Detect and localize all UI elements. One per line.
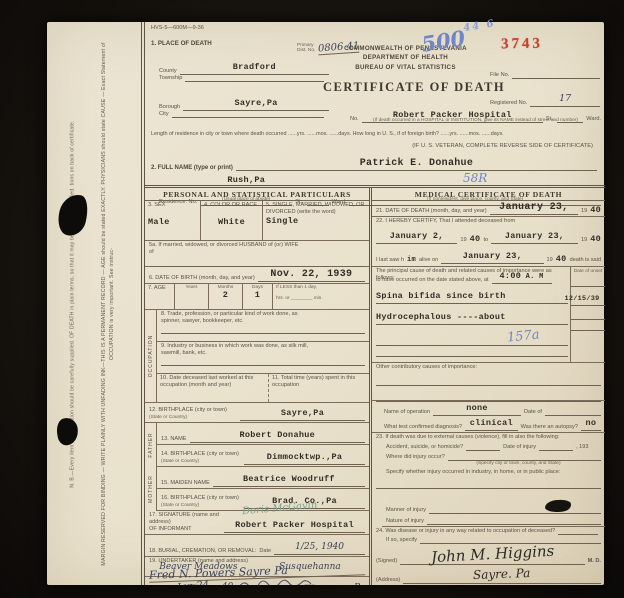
filed-row: 20. FILED Jan 24 1940 1-27-40	[145, 577, 369, 585]
registrar-signature-scrawl	[236, 578, 316, 585]
mother-name-value: Beatrice Woodruff	[243, 474, 335, 484]
dob-value: Nov. 22, 1939	[270, 269, 352, 280]
accident-label: Accident, suicide, or homicide?	[386, 444, 463, 451]
to-year-printed: 19	[581, 237, 587, 244]
occupation-side-label: OCCUPATION	[145, 310, 157, 402]
father-birthplace-label: 14. BIRTHPLACE (city or town)(State or C…	[161, 451, 241, 465]
test-row: What test confirmed diagnosis? clinical …	[372, 417, 605, 433]
signed-label: (Signed)	[376, 558, 397, 565]
injury-date-label: Date of injury	[503, 444, 536, 451]
form-body: PERSONAL AND STATISTICAL PARTICULARS 3. …	[145, 185, 605, 585]
external-label: 23. If death was due to external causes …	[376, 434, 601, 441]
trade-label: 8. Trade, profession, or particular kind…	[161, 311, 311, 325]
county-label: County	[159, 68, 177, 75]
physician-signature: John M. Higgins	[430, 542, 554, 566]
to-year-value: 40	[590, 234, 601, 244]
from-year-value: 40	[470, 234, 481, 244]
manner-label: Manner of injury	[386, 507, 426, 514]
stamp-number: 3743	[501, 36, 543, 54]
borough-value: Sayre,Pa	[234, 98, 277, 108]
father-birthplace-value: Dimmocktwp.,Pa	[267, 452, 343, 462]
dod-value: January 23,	[499, 202, 568, 213]
informant-typed: Robert Packer Hospital	[235, 520, 354, 530]
lastsaw-label-1: I last saw h	[376, 257, 404, 264]
cause-1: Spina bifida since birth	[376, 291, 506, 301]
contributory-block: Other contributory causes of importance:	[372, 363, 605, 401]
marital-label: 5. SINGLE, MARRIED, WIDOWED, OR DIVORCED…	[266, 202, 366, 216]
borough-label: Borough	[159, 104, 180, 111]
where-note: (Specify city or town, county, and State…	[436, 461, 601, 466]
specify-label: Specify whether injury occurred in indus…	[386, 469, 601, 476]
pencil-number: 50044 6	[419, 18, 498, 57]
manner-row: Manner of injury	[382, 503, 605, 515]
filed-year-value: 40	[222, 582, 233, 585]
occupation-relation-block: 24. Was disease or injury in any way rel…	[372, 527, 605, 585]
sex-race-marital-row: 3. SEX Male 4. COLOR OR RACE White 5. SI…	[145, 201, 369, 241]
sex-label: 3. SEX	[148, 202, 197, 209]
certify-label: 22. I HEREBY CERTIFY, That I attended de…	[376, 218, 601, 225]
operation-label: Name of operation	[384, 409, 430, 416]
industry-label: 9. Industry or business in which work wa…	[161, 343, 311, 357]
father-side-label: FATHER	[145, 423, 157, 467]
age-years-label: Years	[178, 285, 205, 290]
father-name-label: 13. NAME	[161, 436, 187, 443]
medical-column: MEDICAL CERTIFICATE OF DEATH 21. DATE OF…	[372, 188, 605, 585]
burial-date-value: 1/25, 1940	[295, 542, 344, 552]
father-name-value: Robert Donahue	[239, 430, 315, 440]
age-row: 7. AGE Years Months 2 Days 1 If LESS tha…	[145, 284, 369, 310]
from-year-printed: 19	[460, 237, 466, 244]
binding-margin: N. B.—Every item of information should b…	[47, 22, 144, 585]
ward-value: 58R	[463, 171, 487, 185]
cause-2: Hydrocephalous ----about	[376, 312, 506, 322]
hospital-note: (If death occurred in a HOSPITAL or INST…	[350, 118, 601, 123]
pencil-code: 157a	[507, 327, 541, 345]
certify-to-label: to	[483, 237, 488, 244]
dod-year-value: 40	[590, 205, 601, 215]
informant-label: 17. SIGNATURE (name and address)OF INFOR…	[149, 512, 221, 533]
scanned-death-certificate: N. B.—Every item of information should b…	[0, 0, 624, 598]
autopsy-value: no	[586, 418, 597, 428]
operation-date-label: Date of	[524, 409, 542, 416]
age-less-label: If LESS than 1 day,	[276, 285, 366, 290]
last-worked-label: 10. Date deceased last worked at this oc…	[160, 375, 265, 389]
address-label: (Address)	[376, 577, 400, 584]
autopsy-label: Was there an autopsy?	[521, 424, 578, 431]
death-said-label: death is said	[570, 257, 601, 264]
certify-from-value: January 2,	[390, 231, 444, 241]
ink-blot	[54, 191, 91, 239]
dob-label: 6. DATE OF BIRTH (month, day, and year)	[149, 275, 255, 282]
margin-note-inner: MARGIN RESERVED FOR BINDING — WRITE PLAI…	[101, 34, 117, 574]
informant-row: 17. SIGNATURE (name and address)OF INFOR…	[145, 511, 369, 535]
personal-column: PERSONAL AND STATISTICAL PARTICULARS 3. …	[145, 188, 372, 585]
birthplace-value: Sayre,Pa	[281, 408, 324, 418]
related-label: 24. Was disease or injury in any way rel…	[376, 528, 555, 535]
form-header: HVS-5—600M—9-36 1. PLACE OF DEATH County…	[145, 22, 605, 185]
age-label: 7. AGE	[148, 285, 171, 292]
principal-cause-label: The principal cause of death and related…	[376, 268, 568, 282]
residence-length-line: Length of residence in city or town wher…	[151, 131, 601, 138]
date-of-death-row: 21. DATE OF DEATH (month, day, and year)…	[372, 201, 605, 217]
date-of-onset-column: Date of onset 12/15/39	[570, 267, 605, 362]
township-label: Township	[159, 75, 182, 82]
primary-dist-label: PrimaryDist. No.	[297, 43, 315, 54]
dob-row: 6. DATE OF BIRTH (month, day, and year) …	[145, 267, 369, 284]
city-label: City	[159, 111, 169, 118]
mother-side-label: MOTHER	[145, 467, 157, 511]
certify-to-value: January 23,	[505, 231, 564, 241]
form-code: HVS-5—600M—9-36	[151, 25, 204, 32]
burial-label: 18. BURIAL, CREMATION, OR REMOVAL:	[149, 548, 256, 555]
file-no-label: File No.	[490, 72, 509, 79]
margin-note-outer: N. B.—Every item of information should b…	[69, 34, 77, 574]
veteran-note: (IF U. S. VETERAN, COMPLETE REVERSE SIDE…	[412, 143, 593, 150]
last-year-value: 40	[556, 254, 567, 264]
certificate-paper: N. B.—Every item of information should b…	[47, 22, 604, 585]
where-label: Where did injury occur?	[386, 454, 445, 461]
dod-year-printed: 19	[581, 208, 587, 215]
birthplace-label: 12. BIRTHPLACE (city or town)(State or C…	[149, 407, 237, 421]
total-time-label: 11. Total time (years) spent in this occ…	[272, 375, 366, 389]
lastsaw-value: January 23,	[463, 251, 522, 261]
ifso-label: If so, specify	[386, 537, 417, 544]
marital-value: Single	[266, 216, 366, 226]
age-days-value: 1	[246, 290, 269, 300]
burial-row: 18. BURIAL, CREMATION, OR REMOVAL: Date …	[145, 535, 369, 557]
undertaker-row: 19. UNDERTAKER (name and address) Fred N…	[145, 557, 369, 577]
nature-label: Nature of injury	[386, 518, 424, 525]
agency-line2: DEPARTMENT OF HEALTH	[333, 53, 478, 62]
last-year-printed: 19	[547, 257, 553, 264]
race-label: 4. COLOR OR RACE	[204, 202, 259, 209]
nature-row: Nature of injury	[382, 515, 605, 527]
registered-no-value: 17	[559, 93, 571, 104]
mother-name-label: 15. MAIDEN NAME	[161, 480, 210, 487]
test-label: What test confirmed diagnosis?	[384, 424, 462, 431]
residence-value: Rush,Pa	[227, 175, 265, 185]
sex-value: Male	[148, 217, 197, 227]
onset-value: 12/15/39	[564, 295, 599, 303]
test-value: clinical	[470, 418, 513, 428]
burial-date-label: Date	[259, 548, 271, 555]
birthplace-row: 12. BIRTHPLACE (city or town)(State or C…	[145, 403, 369, 423]
lastsaw-label-2: alive on	[419, 257, 438, 264]
lastsaw-im: im	[407, 256, 416, 264]
agency-line3: BUREAU OF VITAL STATISTICS	[333, 63, 478, 72]
full-name-value: Patrick E. Donahue	[360, 158, 473, 169]
onset-label: Date of onset	[571, 267, 605, 275]
occupation-group: OCCUPATION 8. Trade, profession, or part…	[145, 310, 369, 403]
external-causes-block: 23. If death was due to external causes …	[372, 433, 605, 503]
age-months-value: 2	[212, 290, 239, 300]
physician-address: Sayre. Pa	[473, 566, 531, 582]
place-of-death-label: 1. PLACE OF DEATH	[151, 40, 212, 47]
principal-cause-block: The principal cause of death and related…	[372, 267, 605, 363]
personal-section-title: PERSONAL AND STATISTICAL PARTICULARS	[145, 188, 369, 201]
county-value: Bradford	[233, 62, 276, 72]
mother-birthplace-label: 16. BIRTHPLACE (city or town)(State or C…	[161, 495, 241, 509]
injury-year-label: , 193	[576, 444, 588, 451]
dod-label: 21. DATE OF DEATH (month, day, and year)	[376, 208, 487, 215]
age-less-units: hrs. or ________ min.	[276, 296, 366, 301]
md-label: M. D.	[588, 558, 601, 565]
contributory-label: Other contributory causes of importance:	[376, 364, 601, 371]
father-group: FATHER 13. NAME Robert Donahue 14. BIRTH…	[145, 423, 369, 467]
race-value: White	[204, 217, 259, 227]
husband-label: 5a. If married, widowed, or divorced HUS…	[149, 242, 299, 256]
certificate-title: CERTIFICATE OF DEATH	[323, 80, 483, 95]
certify-row: 22. I HEREBY CERTIFY, That I attended de…	[372, 217, 605, 267]
filed-date-value: Jan 24	[177, 579, 210, 585]
certificate-form: HVS-5—600M—9-36 1. PLACE OF DEATH County…	[144, 22, 605, 585]
